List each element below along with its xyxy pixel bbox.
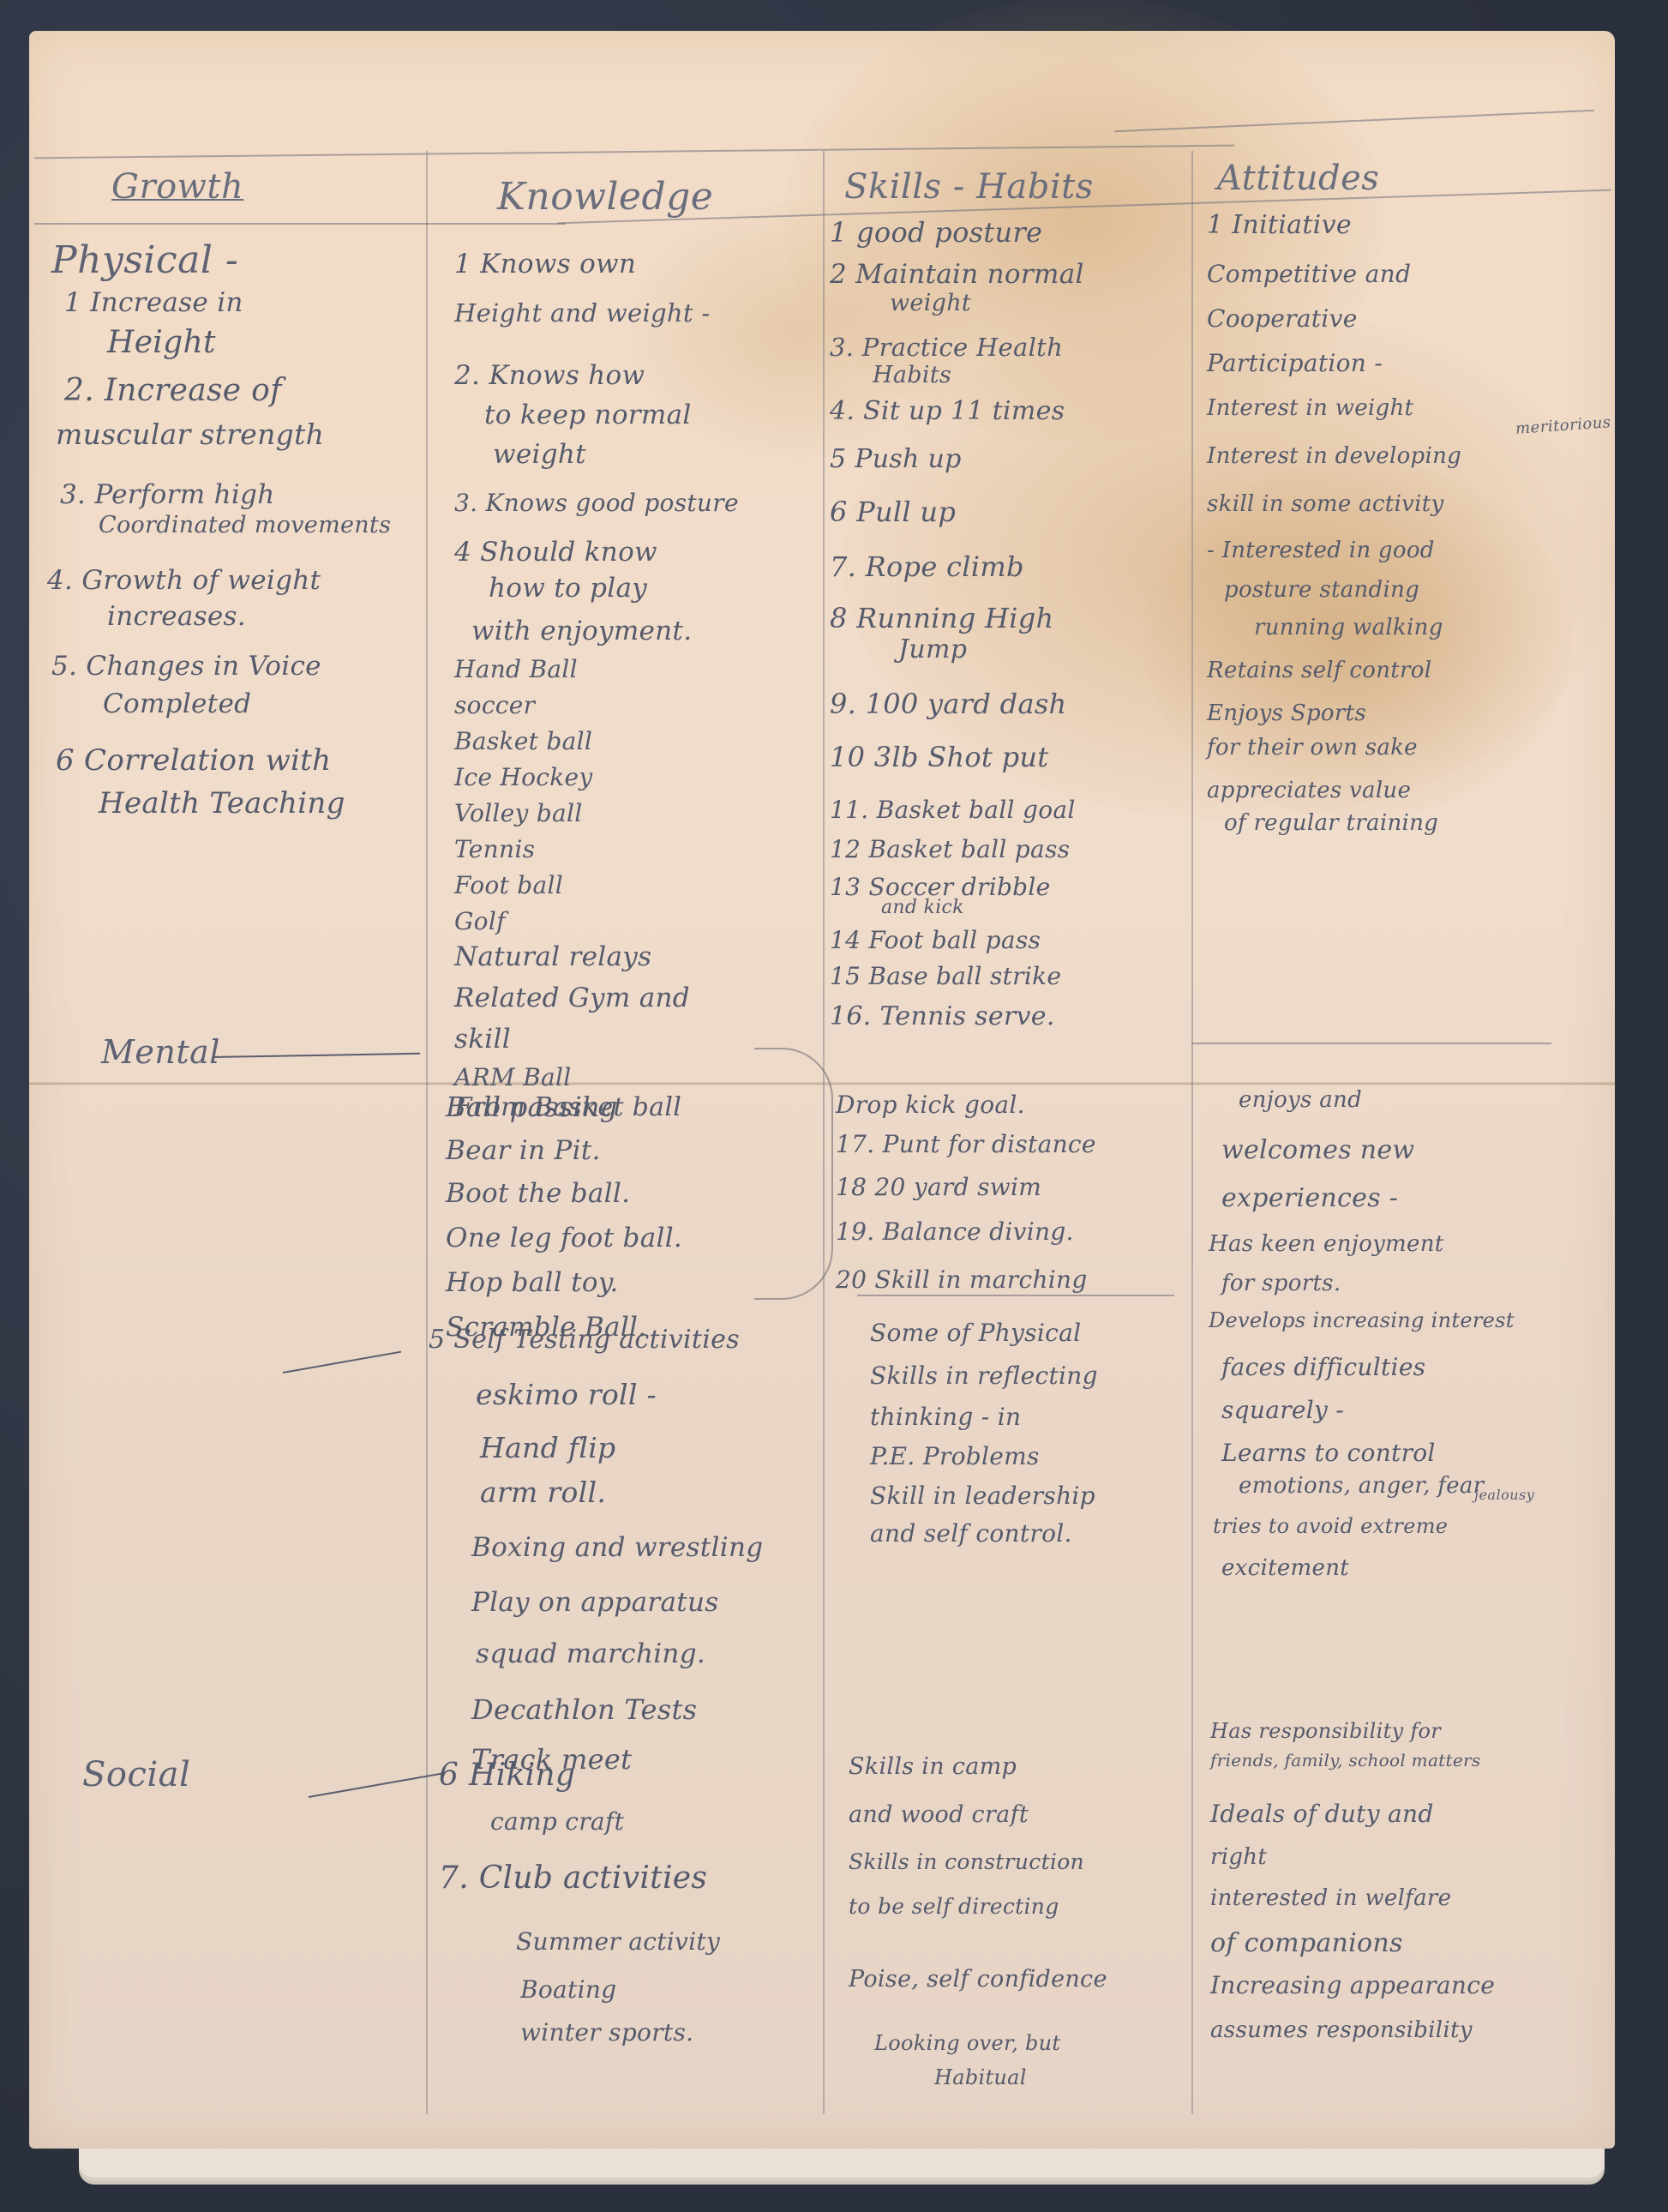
knowledge-social-item: 6 Hiking — [439, 1758, 720, 1807]
skills-item: Jump — [898, 634, 1084, 688]
growth-item: Health Teaching — [99, 786, 391, 829]
knowledge-item: Tennis — [454, 835, 739, 871]
skills-social-item: Skills in camp — [849, 1753, 1107, 1801]
attitudes-item: Enjoys Sports — [1207, 700, 1461, 735]
skills-item: weight — [890, 290, 1084, 333]
skills-social-item: Looking over, but — [874, 2031, 1107, 2065]
knowledge-self-testing-list: 5 Self Testing activities eskimo roll - … — [429, 1325, 763, 1793]
attitudes-lower-item: tries to avoid extreme — [1213, 1514, 1515, 1555]
growth-item: 3. Perform high — [60, 479, 391, 512]
attitudes-social-item: Ideals of duty and — [1210, 1800, 1495, 1844]
skills-mental-item: Skills in reflecting — [870, 1361, 1098, 1403]
knowledge-social-item: winter sports. — [520, 2018, 720, 2061]
skills-lower-item: 19. Balance diving. — [836, 1217, 1096, 1265]
knowledge-item: 1 Knows own — [454, 249, 739, 298]
knowledge-item: weight — [493, 439, 739, 489]
skills-lower-list: Drop kick goal. 17. Punt for distance 18… — [836, 1091, 1096, 1308]
attitudes-social-item: right — [1210, 1844, 1495, 1885]
attitudes-social-item: of companions — [1210, 1928, 1495, 1971]
column-header-attitudes: Attitudes — [1217, 161, 1379, 195]
skills-item: 8 Running High — [830, 602, 1084, 634]
skills-item: 15 Base ball strike — [830, 962, 1084, 1001]
self-testing-item: Hand flip — [480, 1431, 763, 1476]
growth-item: 5. Changes in Voice — [51, 651, 391, 688]
attitudes-item: Competitive and — [1207, 260, 1461, 304]
growth-item: Completed — [103, 688, 391, 743]
skills-item: 14 Foot ball pass — [830, 926, 1084, 962]
skills-item: 4. Sit up 11 times — [830, 396, 1084, 444]
knowledge-item: Foot ball — [454, 871, 739, 907]
skills-social-item: Skills in construction — [849, 1849, 1107, 1894]
growth-item: 1 Increase in — [64, 287, 391, 325]
self-testing-item: Play on apparatus — [471, 1587, 763, 1638]
games-bracket — [754, 1048, 833, 1300]
knowledge-social-list: 6 Hiking camp craft 7. Club activities S… — [439, 1758, 720, 2061]
attitudes-list: 1 Initiative Competitive and Cooperative… — [1207, 210, 1461, 845]
knowledge-game-item: Bear in Pit. — [446, 1135, 682, 1178]
skills-item: 7. Rope climb — [830, 550, 1084, 602]
skills-item: and kick — [881, 897, 1084, 926]
knowledge-item: with enjoyment. — [471, 616, 739, 655]
growth-physical-label: Physical - — [51, 242, 238, 280]
attitudes-lower-item: Develops increasing interest — [1209, 1308, 1515, 1353]
attitudes-item: of regular training — [1224, 810, 1461, 845]
attitudes-lower-item: faces difficulties — [1221, 1353, 1515, 1396]
skills-item: 13 Soccer dribble — [830, 873, 1084, 897]
attitudes-lower-item: excitement — [1221, 1555, 1515, 1593]
attitudes-item: Interest in weight — [1207, 395, 1461, 443]
column-header-skills-habits: Skills - Habits — [844, 170, 1094, 204]
knowledge-item: Hand Ball — [454, 655, 739, 691]
attitudes-item: - Interested in good — [1207, 538, 1461, 577]
knowledge-item: soccer — [454, 691, 739, 727]
skills-mental-list: Some of Physical Skills in reflecting th… — [870, 1319, 1098, 1557]
skills-item: 16. Tennis serve. — [830, 1001, 1084, 1041]
attitudes-lower-item: Has keen enjoyment — [1209, 1231, 1515, 1271]
attitudes-social-item: Has responsibility for — [1210, 1719, 1495, 1750]
knowledge-social-item: Boating — [520, 1975, 720, 2018]
skills-mental-item: and self control. — [870, 1519, 1098, 1557]
skills-lower-item: 17. Punt for distance — [836, 1130, 1096, 1173]
column-header-growth: Growth — [111, 170, 243, 204]
attitudes-lower-item: experiences - — [1221, 1183, 1515, 1231]
skills-mental-item: Skill in leadership — [870, 1482, 1098, 1519]
knowledge-item: ARM Ball — [454, 1063, 739, 1092]
skills-item: 10 3lb Shot put — [830, 741, 1084, 796]
growth-list: 1 Increase in Height 2. Increase of musc… — [64, 287, 391, 829]
attitudes-item: Participation - — [1207, 349, 1461, 395]
attitudes-item: Cooperative — [1207, 304, 1461, 349]
attitudes-lower-item: enjoys and — [1239, 1087, 1515, 1135]
growth-item: 4. Growth of weight — [47, 565, 391, 601]
attitudes-social-item: interested in welfare — [1210, 1885, 1495, 1928]
knowledge-item: Height and weight - — [454, 298, 739, 360]
header-bottom-rule — [34, 223, 566, 225]
knowledge-game-item: Hop ball toy. — [446, 1267, 682, 1312]
knowledge-game-item: One leg foot ball. — [446, 1223, 682, 1267]
attitudes-social-list: Has responsibility for friends, family, … — [1210, 1719, 1495, 2060]
column-divider-1 — [426, 151, 428, 2114]
attitudes-lower-item: for sports. — [1221, 1271, 1515, 1308]
knowledge-list: 1 Knows own Height and weight - 2. Knows… — [454, 249, 739, 1127]
knowledge-item: how to play — [489, 573, 739, 616]
attitudes-social-item: Increasing appearance — [1210, 1971, 1495, 2017]
attitudes-social-item: assumes responsibility — [1210, 2017, 1495, 2060]
skills-social-list: Skills in camp and wood craft Skills in … — [849, 1753, 1107, 2100]
attitudes-item: Interest in developing — [1207, 443, 1461, 491]
skills-social-item: Habitual — [934, 2065, 1107, 2100]
attitudes-lower-item: emotions, anger, fear — [1239, 1473, 1515, 1514]
knowledge-item: Golf — [454, 907, 739, 941]
growth-social-label: Social — [82, 1758, 190, 1792]
growth-item: 2. Increase of — [64, 373, 391, 418]
skills-item: 12 Basket ball pass — [830, 835, 1084, 873]
knowledge-item: Volley ball — [454, 799, 739, 835]
knowledge-item: Ice Hockey — [454, 763, 739, 799]
growth-item: increases. — [107, 601, 391, 651]
skills-lower-item: 20 Skill in marching — [836, 1265, 1096, 1308]
skills-social-item: Poise, self confidence — [849, 1966, 1107, 2031]
skills-item: 1 good posture — [830, 216, 1084, 259]
knowledge-game-item: Boot the ball. — [446, 1178, 682, 1223]
attitudes-item: 1 Initiative — [1207, 210, 1461, 260]
column-header-knowledge: Knowledge — [497, 178, 713, 216]
growth-item: Coordinated movements — [99, 512, 391, 565]
skills-item: 5 Push up — [830, 444, 1084, 496]
knowledge-item: 3. Knows good posture — [454, 489, 739, 537]
growth-item: muscular strength — [56, 418, 391, 479]
knowledge-item: Related Gym and — [454, 983, 739, 1024]
skills-item: 11. Basket ball goal — [830, 796, 1084, 835]
knowledge-social-item: camp craft — [490, 1807, 720, 1860]
knowledge-item: 4 Should know — [454, 537, 739, 573]
skills-item: 9. 100 yard dash — [830, 688, 1084, 741]
skills-social-item: and wood craft — [849, 1801, 1107, 1849]
attitudes-item: for their own sake — [1207, 735, 1461, 778]
knowledge-social-item: 7. Club activities — [439, 1860, 720, 1927]
attitudes-item: skill in some activity — [1207, 491, 1461, 538]
skills-lower-item: Drop kick goal. — [836, 1091, 1096, 1130]
attitudes-item: Retains self control — [1207, 658, 1461, 700]
self-testing-item: 5 Self Testing activities — [429, 1325, 763, 1378]
skills-item: 3. Practice Health — [830, 333, 1084, 362]
attitudes-lower-list: enjoys and welcomes new experiences - Ha… — [1221, 1087, 1515, 1593]
self-testing-item: Decathlon Tests — [471, 1693, 763, 1743]
attitudes-interlinear-note: jealousy — [1474, 1488, 1534, 1502]
column-divider-3 — [1191, 151, 1193, 2114]
knowledge-game-item: Ball passing — [446, 1091, 682, 1135]
knowledge-social-item: Summer activity — [516, 1927, 720, 1975]
attitudes-lower-item: welcomes new — [1221, 1135, 1515, 1183]
skills-list: 1 good posture 2 Maintain normal weight … — [830, 216, 1084, 1041]
attitudes-lower-item: squarely - — [1221, 1396, 1515, 1439]
attitudes-item: appreciates value — [1207, 778, 1461, 810]
attitudes-lower-item: Learns to control — [1221, 1439, 1515, 1473]
attitudes-section-rule — [1191, 1043, 1551, 1044]
self-testing-item: eskimo roll - — [476, 1378, 763, 1431]
self-testing-item: arm roll. — [480, 1476, 763, 1532]
knowledge-item: to keep normal — [484, 400, 739, 439]
knowledge-item: 2. Knows how — [454, 360, 739, 400]
knowledge-games-list: Ball passing Bear in Pit. Boot the ball.… — [446, 1091, 682, 1356]
skills-item: 6 Pull up — [830, 496, 1084, 550]
attitudes-item: running walking — [1254, 615, 1461, 658]
attitudes-item: posture standing — [1224, 577, 1461, 615]
skills-item: Habits — [873, 362, 1084, 396]
growth-mental-label: Mental — [101, 1036, 220, 1068]
growth-item: Height — [64, 325, 391, 373]
skills-mental-item: thinking - in — [870, 1403, 1098, 1442]
attitudes-social-item: friends, family, school matters — [1210, 1750, 1495, 1800]
skills-lower-item: 18 20 yard swim — [836, 1173, 1096, 1217]
skills-social-item: to be self directing — [849, 1894, 1107, 1966]
knowledge-item: Basket ball — [454, 727, 739, 763]
skills-mental-item: P.E. Problems — [870, 1442, 1098, 1482]
skills-item: 2 Maintain normal — [830, 259, 1084, 290]
knowledge-item: skill — [454, 1024, 739, 1063]
self-testing-item: Boxing and wrestling — [471, 1532, 763, 1587]
skills-mental-item: Some of Physical — [870, 1319, 1098, 1361]
knowledge-item: Natural relays — [454, 941, 739, 983]
growth-item: 6 Correlation with — [56, 743, 391, 786]
self-testing-item: squad marching. — [476, 1638, 763, 1693]
